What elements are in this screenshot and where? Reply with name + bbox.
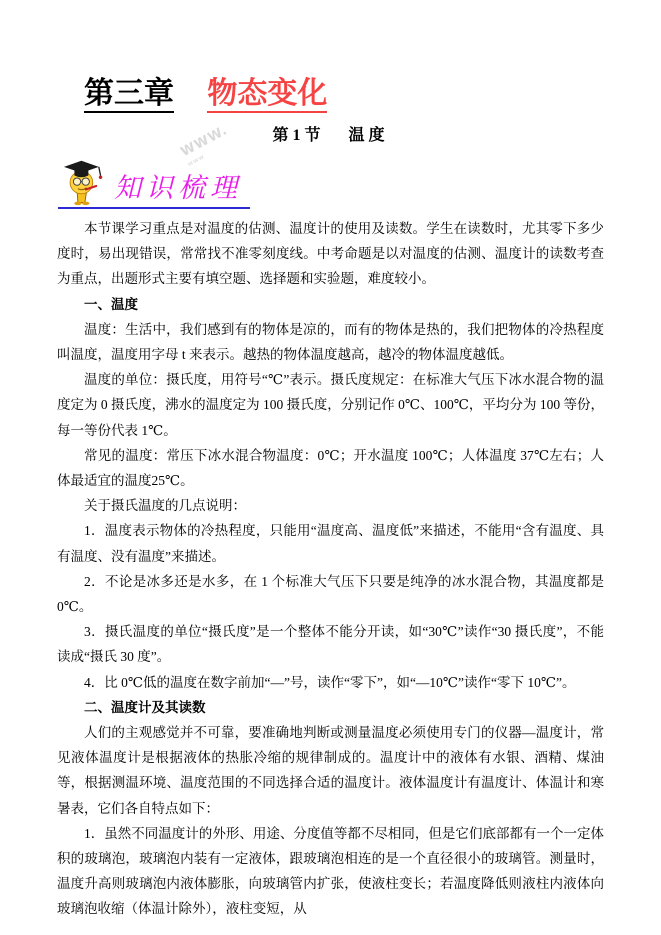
chapter-title: 物态变化: [207, 77, 327, 113]
numbered-note-4: 4．比 0℃低的温度在数字前加“—”号，读作“零下”，如“—10℃”读作“零下 …: [57, 670, 604, 695]
paragraph: 常见的温度：常压下冰水混合物温度：0℃；开水温度 100℃；人体温度 37℃左右…: [57, 443, 604, 493]
paragraph: 温度的单位：摄氏度，用符号“℃”表示。摄氏度规定：在标准大气压下冰水混合物的温度…: [57, 367, 604, 443]
knowledge-banner-label: 知识梳理: [114, 174, 242, 206]
paragraph: 人们的主观感觉并不可靠，要准确地判断或测量温度必须使用专门的仪器—温度计，常见液…: [57, 720, 604, 821]
knowledge-banner: 知识梳理: [58, 159, 250, 209]
section-label: 第 1 节: [272, 127, 320, 144]
chapter-number: 第三章: [84, 77, 174, 113]
paragraph: 温度：生活中，我们感到有的物体是凉的，而有的物体是热的，我们把物体的冷热程度叫温…: [57, 317, 604, 367]
numbered-note-1: 1．温度表示物体的冷热程度，只能用“温度高、温度低”来描述，不能用“含有温度、具…: [57, 518, 604, 568]
numbered-note-3: 3．摄氏温度的单位“摄氏度”是一个整体不能分开读，如“30℃”读作“30 摄氏度…: [57, 619, 604, 669]
section-1-heading: 一、温度: [57, 292, 604, 317]
section-2-heading: 二、温度计及其读数: [57, 695, 604, 720]
document-page: WWW. www 第三章 物态变化 第 1 节 温度: [0, 0, 661, 935]
intro-paragraph: 本节课学习重点是对温度的估测、温度计的使用及读数。学生在读数时，尤其零下多少度时…: [57, 216, 604, 292]
section-name: 温度: [349, 127, 389, 144]
numbered-note-2: 2．不论是冰多还是水多，在 1 个标准大气压下只要是纯净的冰水混合物，其温度都是…: [57, 569, 604, 619]
scholar-graduate-icon: [60, 159, 108, 206]
chapter-heading: 第三章 物态变化: [84, 76, 661, 112]
paragraph: 1．虽然不同温度计的外形、用途、分度值等都不尽相同，但是它们底部都有一个一定体积…: [57, 821, 604, 922]
body-text: 本节课学习重点是对温度的估测、温度计的使用及读数。学生在读数时，尤其零下多少度时…: [57, 216, 604, 922]
section-title: 第 1 节 温度: [0, 125, 661, 147]
paragraph: 关于摄氏温度的几点说明：: [57, 493, 604, 518]
